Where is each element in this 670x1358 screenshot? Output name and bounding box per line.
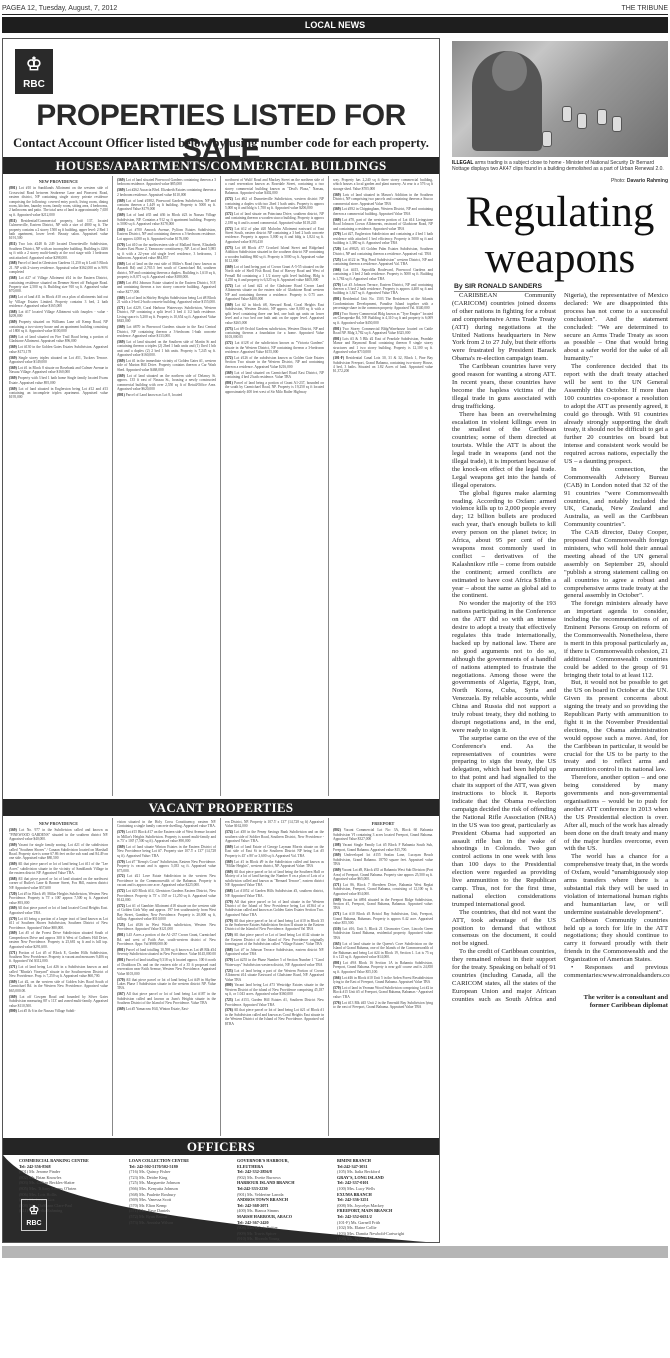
property-code: (801) [117, 948, 125, 952]
property-listing: (801) Two Storey Commercial Bldg known a… [333, 312, 433, 325]
property-description: Property with 3 bed 1 bath home Single f… [9, 376, 108, 384]
property-listing: (570) Lot #3 Johnson Terrace, Eastern Di… [333, 283, 433, 296]
officer-entry: (914) Mr. Julius Seymour [237, 1242, 337, 1243]
property-code: (725) [333, 258, 341, 262]
property-description: Lot #27, Englerston Subdivision and cont… [333, 232, 433, 245]
property-description: Lot No. 977 in the Subdivision called an… [9, 828, 108, 841]
property-code: (569) [9, 906, 17, 910]
property-listing: (569) Property situated on Williams Lane… [9, 320, 108, 333]
property-listing: (569) Lot #2, on the western side of Gol… [9, 980, 108, 993]
property-description: All that piece parcel or lot of land bei… [117, 978, 216, 991]
property-description: Lot #336 in West Winds subdivision, West… [117, 923, 216, 931]
property-listing: (566) Lot #46 in Block #10 Unit 5 in the… [333, 976, 433, 985]
property-code: (801) [117, 393, 125, 397]
property-code: (573) [225, 327, 233, 331]
property-description: Vacant Single Family Lot #5 Block F Baha… [333, 843, 433, 851]
property-description: Two Storey Commercial Bldg/Warehouse loc… [333, 327, 433, 335]
officers-list: COMMERCIAL BANKING CENTRETel: 242-356-85… [19, 1158, 439, 1243]
property-description: Lot #130 in the Golden Gates Estates Sub… [9, 345, 108, 353]
property-listing: ern District, NP. Property is 107.5' x 1… [225, 820, 324, 829]
property-description: Lot #10 on the northwestern side of Mall… [117, 243, 216, 260]
article-paragraph: There has been an overwhelming escalatio… [452, 411, 556, 490]
property-listing: (569) All that piece parcel or lot of la… [9, 862, 108, 875]
property-code: (801) [333, 312, 341, 316]
property-description: Lot of land situated on Carmichael Road … [225, 371, 324, 379]
property-listing: (567) All that piece parcel or lot of la… [117, 992, 216, 1005]
property-description: Lot #9 Orchid Gardens subdivision, Weste… [225, 327, 324, 340]
property-listing: (572) Lot #62 of Dumetteville Subdivisio… [225, 197, 324, 210]
property-description: Lot of land situated Pinewood Gardens co… [117, 178, 216, 186]
property-code: (569) [117, 178, 125, 182]
property-description: Parcel of land in Glenistors Gardens 11,… [9, 261, 108, 274]
property-code: (574) [225, 830, 233, 834]
property-code: (801) [333, 337, 341, 341]
property-description: way. Property has 2,240 sq ft three stor… [333, 178, 433, 191]
property-listing: (569) Lot of land situated on Carmichael… [225, 371, 324, 380]
article-body: CARIBBEAN Community (CARICOM) countries … [452, 292, 668, 1242]
property-listing: (576) Lot #13 Blk #45 Unit 2 in the Emer… [333, 1001, 433, 1010]
property-listing: (802) Vacant Commercial Lot No: 3A, Bloc… [333, 828, 433, 841]
property-listing: northwest of Wulff Road and Mackey Stree… [225, 178, 324, 196]
masthead-rule [2, 14, 668, 15]
photo-subject-head [492, 51, 527, 91]
property-code: (565) [333, 942, 341, 946]
property-code: (570) [333, 283, 341, 287]
property-description: Lot of land situated on the northern sid… [117, 374, 216, 391]
property-code: (572) [225, 341, 233, 345]
property-description: Lot #870 in Pinewood Gardens situate in … [117, 325, 216, 338]
property-code: (576) [225, 1008, 233, 1012]
property-code: (801) [117, 958, 125, 962]
property-description: Lot of land in Shirley Heights Subdivisi… [117, 296, 216, 304]
property-listing: (570) Lot of land in Yeoman Wood Subdivi… [333, 986, 433, 999]
property-code: (811) [9, 219, 17, 223]
article-paragraph: The CAB director, Daisy Cooper, proposed… [564, 529, 668, 600]
article-paragraph: Therefore, another option – and one bein… [564, 774, 668, 853]
property-code: (801) [333, 961, 341, 965]
property-code: (570) [117, 830, 125, 834]
property-listing: (569) All that piece parcel or lot of la… [9, 906, 108, 915]
property-code: (801) [9, 186, 17, 190]
property-listing: (801) Two Storey Commercial Bldg/Warehou… [333, 327, 433, 336]
property-code: (569) [9, 995, 17, 999]
article-paragraph: The global figures make alarming reading… [452, 490, 556, 601]
property-listing: (569) Single storey triplex situated on … [9, 356, 108, 365]
property-listing: (570) Lot #255 in the Phase Number 5 of … [225, 958, 324, 967]
property-description: Lot #94 Johnson Estate situated in the E… [117, 281, 216, 294]
article-paragraph: CARIBBEAN Community (CARICOM) countries … [452, 292, 556, 363]
property-listing: (571) Lot #10 Block #3 Bristol Bay Subdi… [333, 912, 433, 925]
property-listing: (571) Lot of land being Lot #26 in a Sub… [9, 965, 108, 978]
property-code: (802) [333, 828, 341, 832]
property-listing: (725) Lot #336 in West Winds subdivision… [117, 923, 216, 932]
property-code: (569) [9, 366, 17, 370]
property-description: Lot of land Estate of George Layman Morr… [225, 845, 324, 858]
property-listing: (570) Lot #3 being a portion of a larger… [9, 917, 108, 930]
property-code: (572) [225, 227, 233, 231]
property-description: Lot off Cowpen Road and bounded by Silve… [9, 995, 108, 1008]
property-description: Lot of land #11 in Block #10 on a plan o… [9, 295, 108, 308]
page-date: PAGEA 12, Tuesday, August, 7, 2012 [2, 5, 117, 12]
property-listing: (568) Lot #1052 of Garden Hills Subdivis… [225, 889, 324, 898]
property-description: Lot of land situated in Englerston being… [9, 387, 108, 400]
property-listing: (801) Lot #9A Block 16 Section 1A in Bah… [333, 961, 433, 974]
property-code: (569) [225, 860, 233, 864]
property-code: (800) [9, 1009, 17, 1013]
houses-listings: NEW PROVIDENCE(801) Lot #10 in Sandiland… [5, 176, 437, 796]
property-description: Lots of land situated in Mason's Additio… [333, 193, 433, 206]
property-code: (570) [333, 986, 341, 990]
page-footer-band [2, 1246, 668, 1258]
property-listing: (569) Lot #870 in Pinewood Gardens situa… [117, 325, 216, 338]
property-code: (569) [117, 359, 125, 363]
property-description: Lot #10 in Sandilands Allotment on the w… [9, 186, 108, 216]
property-code: (568) [9, 295, 17, 299]
property-description: Residential Canal Lots 30, 31 & 32, Bloc… [333, 356, 433, 373]
property-code: (569) [117, 340, 125, 344]
property-listing: (569) Vacant lot #894 situated in the Fr… [333, 898, 433, 911]
property-description: Lot #1 in Block #9 in the Subdivision ca… [225, 860, 324, 868]
property-listing: vision situated in the Holy Cross Consti… [117, 820, 216, 829]
page-masthead: PAGEA 12, Tuesday, August, 7, 2012 THE T… [2, 2, 668, 14]
property-code: (801) [225, 381, 233, 385]
property-description: Lot #126 of the subdivision known as Gol… [225, 356, 324, 369]
property-description: Lot #153, Garden Hill Estates #1, Southe… [225, 998, 324, 1006]
property-listing: (569) Lot of land situated Pinewood Gard… [117, 178, 216, 187]
houses-heading: HOUSES/APARTMENTS/COMMERCIAL BUILDINGS [3, 157, 439, 174]
property-description: Lot #5 in Block #9, Millar Heights Subdi… [9, 892, 108, 905]
property-code: (571) [9, 951, 17, 955]
property-listing: (801) Parcel of land being a portion of … [225, 381, 324, 394]
property-description: Lot #1 in the immediate vicinity of Gold… [117, 359, 216, 372]
property-listing: (720) Lot #5 in Block #9, Millar Heights… [9, 892, 108, 905]
property-listing: (801) 3.45 Acres a portion of the A1-237… [117, 933, 216, 946]
property-description: Lot #415, Sapodilla Boulevard, Pinewood … [333, 268, 433, 281]
property-description: Lot #5 of the Forest Drive Subdivision s… [9, 931, 108, 948]
officers-section: COMMERCIAL BANKING CENTRETel: 242-356-85… [3, 1155, 439, 1243]
property-listing: (569) Lot of land on the east side of Mi… [117, 262, 216, 280]
rbc-logo-footer: ♔ RBC [21, 1199, 47, 1231]
property-description: Lot #20 Block #14, Glenistors Gardens Ea… [117, 889, 216, 902]
property-listing: (576) All that piece parcel or lot of la… [225, 1008, 324, 1026]
property-description: Vacant Lot #8, Block #35 at Bahamia West… [333, 868, 433, 881]
property-description: Parcel of land totalling 9,318 sq ft loc… [117, 958, 216, 975]
article-paragraph: The world has a chance for a comprehensi… [564, 853, 668, 916]
property-code: (569) [9, 356, 17, 360]
officer-entry: (573) Ms. Annisha Wilson [129, 1220, 237, 1226]
property-code: (569) [333, 193, 341, 197]
property-code: (569) [117, 228, 125, 232]
property-code: (723) [225, 998, 233, 1002]
property-description: Portion of Lot #5 of Block E, Garden Hil… [9, 951, 108, 964]
property-description: Lot 86, Block 7 Aberdeen Drive, Bahamia … [333, 883, 433, 896]
property-code: (568) [9, 276, 17, 280]
property-description: Lot of land being part of Crown Grant A-… [225, 265, 324, 282]
property-code: (571) [333, 912, 341, 916]
property-listing: (569) Lot #1 in the immediate vicinity o… [117, 359, 216, 372]
microphone-icon [577, 113, 587, 129]
property-listing: (570) All that piece parcel or lot of la… [225, 919, 324, 932]
property-listing: (569) Lot of land situated on the Southe… [117, 340, 216, 358]
rbc-property-ad: ♔ RBC PROPERTIES LISTED FOR SALE Contact… [2, 38, 440, 1243]
article-paragraph: • Responses and previous commentaries:ww… [564, 964, 668, 980]
property-description: northwest of Wulff Road and Mackey Stree… [225, 178, 324, 195]
property-code: (569) [9, 843, 17, 847]
property-code: (569) [333, 207, 341, 211]
property-description: Lot #9A Block 16 Section 1A in Bahamia S… [333, 961, 433, 974]
property-code: (569) [9, 387, 17, 391]
property-description: Lot of land situated on Fire Trail Road … [9, 335, 108, 343]
property-listing: (569) Vacant Lot #8, Block #35 at Bahami… [333, 868, 433, 881]
property-listing: (801) Lots #3 & 5 Blk #2 East of Peardal… [333, 337, 433, 355]
vacant-heading: VACANT PROPERTIES [3, 799, 439, 816]
property-description: Property situated on Williams Lane off K… [9, 320, 108, 333]
property-description: Lot #1052 of Garden Hills Subdivision #3… [225, 889, 324, 897]
property-code: (569) [117, 281, 125, 285]
property-listing: (569) Lots of land situated in Mason's A… [333, 193, 433, 206]
property-description: All that piece parcel or lot of land bei… [225, 870, 324, 887]
property-description: Lot #1 of Gambier Allotment #18 situate … [117, 904, 216, 921]
property-description: All that piece parcel or Lot of land bei… [225, 933, 324, 946]
ad-subtitle: Contact Account Officer listed below by … [3, 136, 439, 151]
property-description: Lot of land being Lot #26 in a Subdivisi… [9, 965, 108, 978]
property-code: (570) [117, 860, 125, 864]
property-code: (572) [225, 212, 233, 216]
property-code: (571) [117, 306, 125, 310]
property-description: Lot #5 Yamacraw Hill, Winton Estate, Eas… [126, 1007, 189, 1011]
microphone-icon [562, 106, 572, 122]
officers-heading: OFFICERS [3, 1138, 439, 1155]
property-listing: (801) Parcel of Land known as Lot 8, loc… [117, 393, 216, 397]
property-code: (725) [117, 923, 125, 927]
property-code: (570) [225, 919, 233, 923]
property-listing: (568) All that piece parcel or lot of la… [9, 877, 108, 890]
property-description: Vacant for single family zoning. Lot #21… [9, 843, 108, 860]
property-listing: (569) Lot of land in Shirley Heights Sub… [117, 296, 216, 305]
officer-column: BIMINI BRANCHTel:242-347-3031(105) Ms. I… [337, 1158, 439, 1243]
property-listing: (574) Lot #30 in the Penny Savings Bank … [225, 830, 324, 843]
property-description: Lot #5 & 6 in the Nassau Village Subdi- [18, 1009, 76, 1013]
branch-contact: SPANISH WELLS [337, 1242, 439, 1243]
property-listing: (572) Lot of land #22 of the Gladstone R… [225, 284, 324, 302]
property-listing: (569) Lot of land #1882, Pinewood Garden… [117, 199, 216, 212]
property-code: (571) [9, 965, 17, 969]
property-description: Parcel of Land known as Lot 8, located [126, 393, 182, 397]
property-description: Parcel of land being a portion of Grant … [225, 381, 324, 394]
property-listing: (571) Lot 86, Block 7 Aberdeen Drive, Ba… [333, 883, 433, 896]
article-paragraph: The countries, that did not want the ATT… [452, 909, 556, 949]
property-code: (811) [9, 242, 17, 246]
property-listing: (573) Lot #8 Block #77 Crooked Island St… [225, 246, 324, 264]
property-description: Lot #15 Block #17 on the Eastern side of… [117, 830, 216, 843]
property-code: (572) [117, 874, 125, 878]
property-description: All that piece parcel or lot of land bei… [225, 1008, 324, 1025]
officer-column: LOAN COLLECTION CENTRETel: 242-502-5170/… [129, 1158, 237, 1243]
property-listing: (569) Lot #5 Yamacraw Hill, Winton Estat… [117, 1007, 216, 1011]
lion-icon: ♔ [22, 1200, 46, 1220]
property-listing: (569) All that piece parcel or lot of la… [225, 870, 324, 888]
property-listing: (572) Lot #128 of the subdivision known … [225, 341, 324, 354]
microphone-icon [612, 116, 622, 132]
property-description: Single storey triplex situated on Lot #5… [9, 356, 108, 364]
property-description: Lot #13 Blk #45 Unit 2 in the Emerald Ba… [333, 1001, 433, 1009]
property-description: Lot of land #1882, Pinewood Gardens Subd… [117, 199, 216, 212]
property-listing: (811) Two lots #248 & 249 located Dorset… [9, 242, 108, 260]
property-code: (570) [117, 978, 125, 982]
article-paragraph: Caribbean Community countries held up a … [564, 917, 668, 964]
property-listing: (568) Parcel of land in Glenistors Garde… [9, 261, 108, 274]
property-listing: (800) Vacant land being Lot #73 Westridg… [225, 983, 324, 996]
property-code: (570) [9, 917, 17, 921]
property-listing: (725) Lot #122 in "Big Pond Subdivision"… [333, 258, 433, 267]
news-photo [452, 41, 668, 157]
property-listing: (573) Lot #9 Orchid Gardens subdivision,… [225, 327, 324, 340]
property-code: (568) [9, 310, 17, 314]
property-listing: (569) Lot #1 in Block #9 in the Subdivis… [225, 860, 324, 869]
listing-column: ern District, NP. Property is 107.5' x 1… [221, 818, 329, 1136]
property-description: 3.45 Acres a portion of the A1-237 Crown… [117, 933, 216, 946]
property-code: (720) [225, 933, 233, 937]
property-description: Lot #229, Coral Harbour Waterways Subdiv… [117, 306, 216, 323]
property-code: (569) [117, 262, 125, 266]
property-description: Lot #21 Love Estate Subdivision in the w… [117, 874, 216, 887]
property-description: Lot #1 in Block 8 situate on Rosebank an… [9, 366, 108, 374]
property-description: All that piece parcel or lot of land bei… [225, 919, 324, 932]
property-code: (569) [225, 870, 233, 874]
property-listing: (720) Lot #9825, #3 Golden Palm Estates … [333, 247, 433, 256]
property-description: Lot of land situated on the Southern sid… [117, 340, 216, 357]
property-code: (572) [117, 889, 125, 893]
property-listing: (800) Lot #5 & 6 in the Nassau Village S… [9, 1009, 108, 1013]
property-listing: (720) All that piece parcel or Lot of la… [225, 933, 324, 946]
property-listing: (569) Lot off Cowpen Road and bounded by… [9, 995, 108, 1008]
property-description: Lot of land #35 and #36 in Block #23 in … [117, 213, 216, 226]
property-description: Lot #7 in Johnson Terrace Subdivision, e… [225, 948, 324, 956]
property-code: (568) [225, 948, 233, 952]
property-code: (569) [117, 325, 125, 329]
property-listing: (569) Lot #130 in the Golden Gates Estat… [9, 345, 108, 354]
property-listing: (801) Residential Unit No. 1503 The Resi… [333, 297, 433, 310]
listing-column: way. Property has 2,240 sq ft three stor… [329, 176, 437, 796]
property-code: (566) [333, 268, 341, 272]
property-listing: (570) Lot #27, Englerston Subdivision an… [333, 232, 433, 245]
article-paragraph: The Caribbean countries have very good r… [452, 363, 556, 410]
property-listing: (569) Vacant for single family zoning. L… [9, 843, 108, 861]
listing-column: northwest of Wulff Road and Mackey Stree… [221, 176, 329, 796]
property-code: (569) [117, 199, 125, 203]
property-listing: (801) Parcel of land totalling 9,318 sq … [117, 958, 216, 976]
microphone-icon [597, 109, 607, 125]
property-listing: (572) Lot #1 of Gambier Allotment #18 si… [117, 904, 216, 922]
property-code: (510) [333, 927, 341, 931]
property-code: (566) [333, 976, 341, 980]
property-description: Lot of land situate on Poinciana Drive, … [225, 212, 324, 225]
property-code: (572) [225, 197, 233, 201]
property-listing: (569) Lot of land situated on Fire Trail… [9, 335, 108, 344]
property-listing: (572) Lot #126 of the subdivision known … [225, 356, 324, 369]
property-description: Parcel of land totalling 10,598 sq ft kn… [117, 948, 216, 956]
article-paragraph: The conference decided that its report w… [564, 363, 668, 466]
property-code: (572) [225, 356, 233, 360]
property-code: (720) [333, 247, 341, 251]
property-listing: (569) Lot of land Estate of George Layma… [225, 845, 324, 858]
property-description: Lot #2, on the western side of Golden Is… [9, 980, 108, 993]
property-code: (101-F) [333, 356, 344, 360]
property-listing: (510) Lot #16, Unit 5, Block 21 Clearwat… [333, 927, 433, 940]
property-code: (569) [333, 898, 341, 902]
property-code: (800) [225, 983, 233, 987]
property-listing: (572) Lot #21 Love Estate Subdivision in… [117, 874, 216, 887]
property-listing: (571) Portion of Lot #5 of Block E, Gard… [9, 951, 108, 964]
property-listing: (569) Undeveloped lot #155 Seafan Lane, … [333, 853, 433, 866]
property-code: (108) [333, 843, 341, 847]
property-code: (568) [9, 261, 17, 265]
property-description: Lot #392 in Chippingham, Western Distric… [333, 207, 433, 215]
property-code: (801) [117, 933, 125, 937]
property-listing: (723) Lot of land being a part of the We… [225, 969, 324, 982]
article-paragraph: The foreign ministers already have an im… [564, 600, 668, 679]
paper-name: THE TRIBUNE [621, 5, 668, 12]
property-code: (569) [117, 296, 125, 300]
property-listing: (569) Lot of land situated on the northe… [117, 374, 216, 392]
property-listing: (569) Lot #1 in Block 8 situate on Roseb… [9, 366, 108, 375]
property-code: (569) [225, 845, 233, 849]
property-description: ern District, NP. Property is 107.5' x 1… [225, 820, 324, 828]
property-description: All that piece parcel or lot of land loc… [9, 906, 108, 914]
property-description: Lot #128 of the subdivision known as "Vi… [225, 341, 324, 354]
property-listing: (568) Lot #7 in Johnson Terrace Subdivis… [225, 948, 324, 957]
property-code: (567) [117, 992, 125, 996]
property-code: (570) [225, 900, 233, 904]
property-listing: (568) Lot #17 located Village Allotment … [9, 310, 108, 319]
property-code: (569) [117, 845, 125, 849]
property-description: Lot of land being a part of the Western … [225, 969, 324, 982]
property-listing: (569) Lot #262 Aucacia Blvd. Elizabeth E… [117, 188, 216, 197]
property-listing: (723) Lot #153, Garden Hill Estates #1, … [225, 998, 324, 1007]
property-code: (569) [9, 335, 17, 339]
property-code: (569) [225, 265, 233, 269]
property-listing: (569) Lot No. 977 in the Subdivision cal… [9, 828, 108, 841]
property-description: Lots #3 & 5 Blk #2 East of Peardale Subd… [333, 337, 433, 354]
property-code: (569) [117, 213, 125, 217]
property-description: Residential/Commercial property, lot# 13… [9, 219, 108, 241]
rbc-logo: ♔ RBC [15, 49, 53, 94]
property-code: (569) [9, 931, 17, 935]
region-heading: FREEPORT [333, 822, 433, 826]
property-description: Lot #8 Block #77 Crooked Island Street a… [225, 246, 324, 263]
lion-icon: ♔ [15, 49, 53, 79]
property-listing: (801) Lot #10 in Sandilands Allotment on… [9, 186, 108, 217]
property-listing: (571) Lot #229, Coral Harbour Waterways … [117, 306, 216, 324]
photo-caption: ILLEGAL arms trading is a subject close … [452, 160, 668, 172]
property-listing: (570) All that piece parcel or lot of la… [117, 978, 216, 991]
property-description: Two lots #248 & 249 located Dorsettevill… [9, 242, 108, 259]
property-code: (576) [333, 1001, 341, 1005]
property-listing: (108) Vacant Single Family Lot #5 Block … [333, 843, 433, 852]
property-description: Lot #700 Amrock Avenue, Pylfom Estates S… [117, 228, 216, 241]
article-byline: By SIR RONALD SANDERS [454, 283, 554, 292]
region-heading: NEW PROVIDENCE [9, 822, 108, 826]
property-listing: (569) Lot #700 Amrock Avenue, Pylfom Est… [117, 228, 216, 241]
listing-column: FREEPORT(802) Vacant Commercial Lot No: … [329, 818, 437, 1136]
property-description: Lot #3 Johnson Terrace, Eastern District… [333, 283, 433, 296]
property-description: Lot #7 "Kemp's Court" Subdivision, Easte… [117, 860, 216, 873]
property-description: Lot of land on the east side of Miller's… [117, 262, 216, 279]
property-description: Lot #255 in the Phase Number 5 of Sectio… [225, 958, 324, 966]
listing-column: NEW PROVIDENCE(801) Lot #10 in Sandiland… [5, 176, 113, 796]
property-listing: (565) Lot of land situate in the Queen's… [333, 942, 433, 960]
property-listing: way. Property has 2,240 sq ft three stor… [333, 178, 433, 191]
